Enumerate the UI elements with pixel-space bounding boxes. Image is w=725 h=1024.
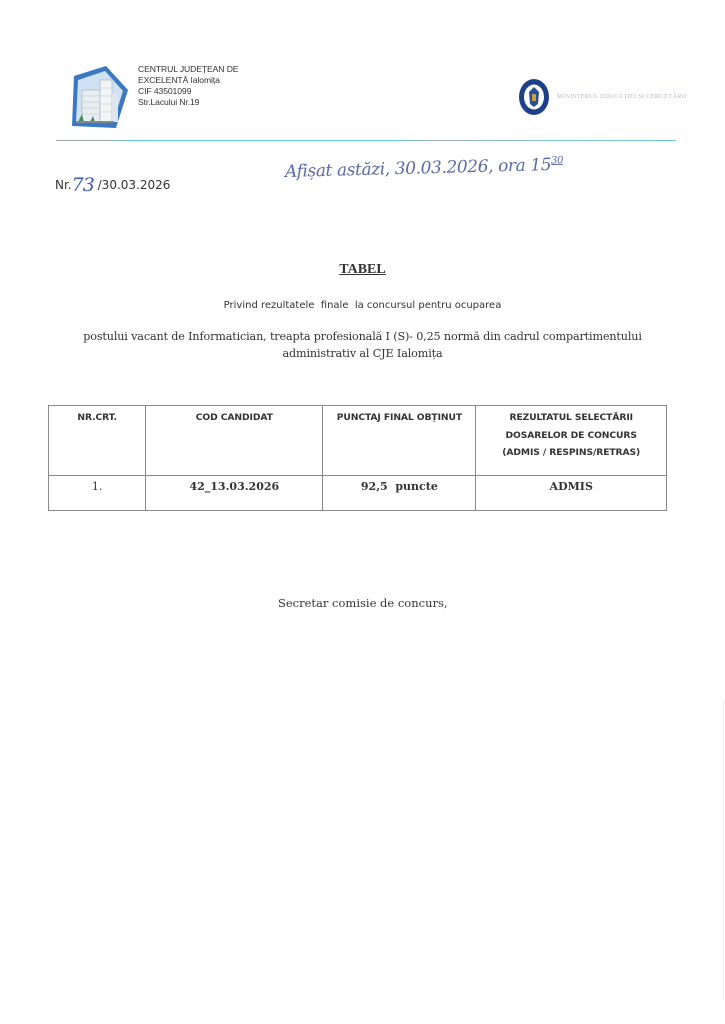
ministry-name: MINISTERUL EDUCAȚIEI ȘI CERCETĂRII: [557, 93, 687, 100]
cell-punctaj: 92,5 puncte: [323, 476, 476, 511]
registration-prefix: Nr.: [55, 178, 72, 192]
table-header-row: NR.CRT. COD CANDIDAT PUNCTAJ FINAL OBȚIN…: [49, 406, 667, 476]
institution-info: CENTRUL JUDEȚEAN DE EXCELENTĂ Ialomița C…: [138, 64, 238, 108]
cell-nr-crt: 1.: [49, 476, 146, 511]
institution-name-line-1: CENTRUL JUDEȚEAN DE: [138, 64, 238, 75]
document-subtitle-text: postului vacant de Informatician, treapt…: [83, 328, 643, 362]
secretary-signature-label: Secretar comisie de concurs,: [278, 596, 448, 610]
header-nr-crt: NR.CRT.: [49, 406, 146, 476]
cell-cod-candidat: 42_13.03.2026: [146, 476, 323, 511]
posted-note-text: Afișat astăzi, 30.03.2026, ora 15: [285, 155, 552, 182]
header-cod-candidat: COD CANDIDAT: [146, 406, 323, 476]
institution-name-line-2: EXCELENTĂ Ialomița: [138, 75, 238, 86]
header-punctaj-final: PUNCTAJ FINAL OBȚINUT: [323, 406, 476, 476]
registration-number-handwritten: 73: [72, 174, 94, 196]
document-title: TABEL: [0, 262, 725, 278]
registration-number: Nr.73 /30.03.2026: [55, 172, 170, 194]
posted-note-minutes: 30: [551, 155, 563, 166]
institution-cif: CIF 43501099: [138, 86, 238, 97]
posted-handwritten-note: Afișat astăzi, 30.03.2026, ora 1530: [285, 155, 564, 182]
document-subtitle-line-2: postului vacant de Informatician, treapt…: [0, 328, 725, 362]
cell-rezultat: ADMIS: [476, 476, 667, 511]
results-table: NR.CRT. COD CANDIDAT PUNCTAJ FINAL OBȚIN…: [48, 405, 667, 511]
scan-edge: [723, 700, 724, 1000]
ministry-emblem-icon: [518, 78, 550, 116]
registration-date: /30.03.2026: [98, 178, 171, 192]
institution-address: Str.Lacului Nr.19: [138, 97, 238, 108]
header-rezultat-text: REZULTATUL SELECTĂRII DOSARELOR DE CONCU…: [496, 409, 646, 462]
header-rezultat: REZULTATUL SELECTĂRII DOSARELOR DE CONCU…: [476, 406, 667, 476]
building-logo-icon: [66, 64, 132, 130]
document-title-text: TABEL: [339, 262, 385, 277]
header-divider: [56, 140, 676, 141]
table-row: 1. 42_13.03.2026 92,5 puncte ADMIS: [49, 476, 667, 511]
document-subtitle-line-1: Privind rezultatele finale la concursul …: [0, 300, 725, 311]
